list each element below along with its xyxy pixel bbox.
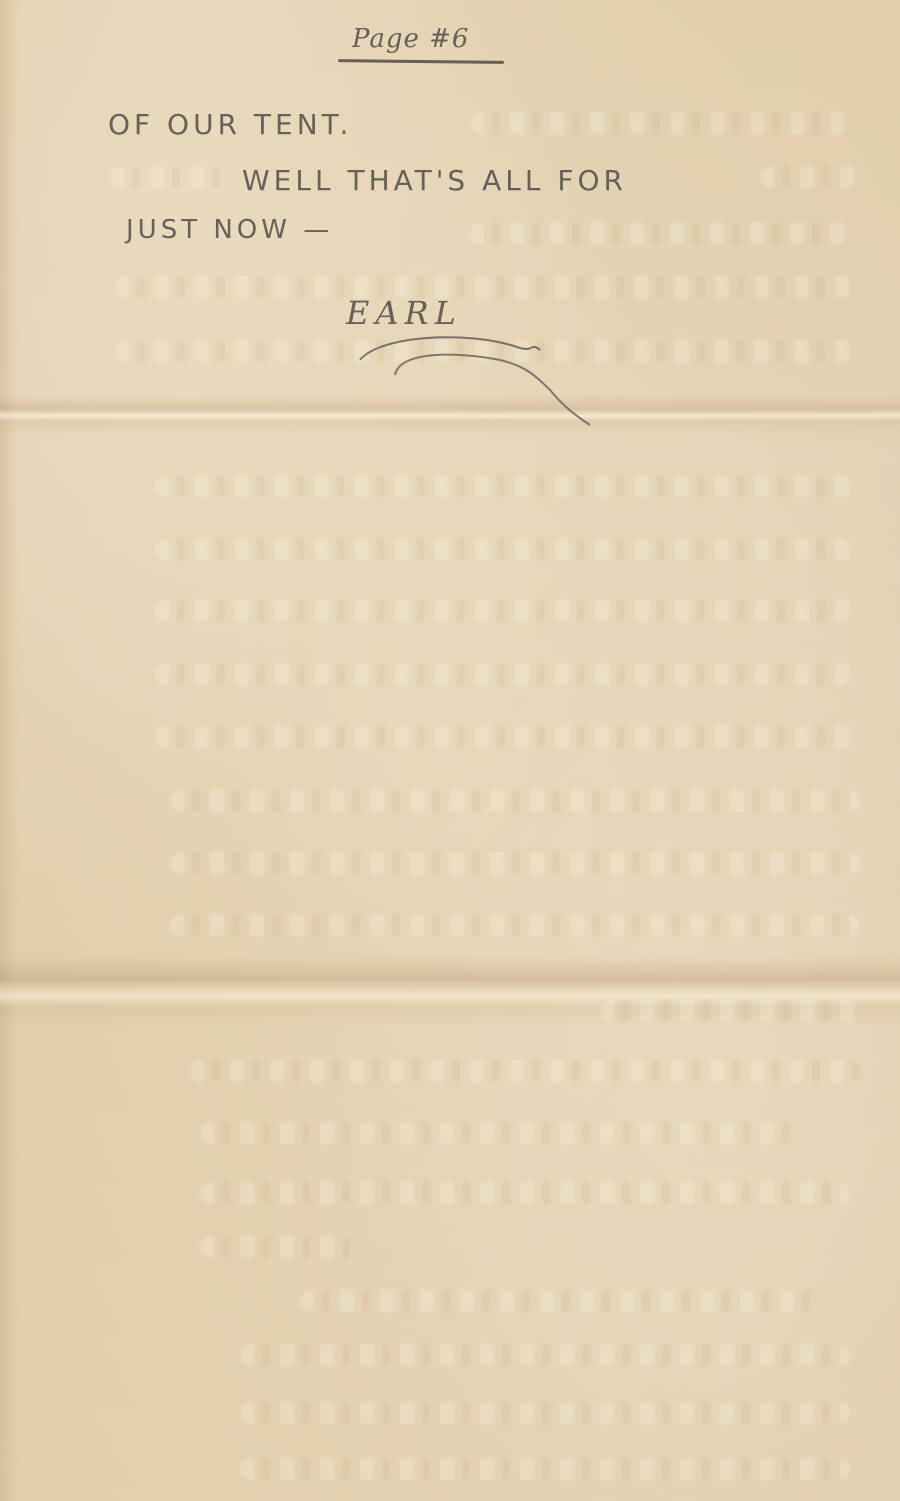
embossed-show-through: [200, 1122, 800, 1144]
embossed-show-through: [760, 166, 860, 188]
letter-line: JUST NOW —: [126, 215, 333, 245]
embossed-show-through: [170, 790, 860, 812]
embossed-show-through: [470, 112, 850, 134]
signature: EARL: [346, 294, 462, 332]
embossed-show-through: [155, 726, 855, 748]
embossed-show-through: [190, 1060, 860, 1082]
embossed-show-through: [240, 1458, 850, 1480]
embossed-show-through: [170, 852, 860, 874]
embossed-show-through: [170, 914, 860, 936]
letter-line: WELL THAT'S ALL FOR: [242, 164, 627, 197]
embossed-show-through: [110, 166, 230, 188]
embossed-show-through: [200, 1236, 360, 1258]
fold-crease-lower: [0, 955, 900, 1025]
letter-line: OF OUR TENT.: [108, 108, 352, 141]
embossed-show-through: [200, 1182, 850, 1204]
fold-crease-upper: [0, 395, 900, 435]
page-number-label: Page #6: [352, 24, 469, 54]
embossed-show-through: [470, 222, 850, 244]
embossed-show-through: [155, 664, 855, 686]
embossed-show-through: [115, 340, 855, 362]
embossed-show-through: [155, 538, 855, 560]
embossed-show-through: [155, 600, 855, 622]
signature-flourish: [350, 330, 610, 440]
embossed-show-through: [240, 1344, 850, 1366]
embossed-show-through: [115, 276, 855, 298]
letter-page: Page #6 OF OUR TENT. WELL THAT'S ALL FOR…: [0, 0, 900, 1501]
page-label-underline: [338, 59, 504, 64]
embossed-show-through: [240, 1402, 850, 1424]
embossed-show-through: [600, 1000, 860, 1022]
embossed-show-through: [155, 475, 855, 497]
embossed-show-through: [300, 1290, 820, 1312]
